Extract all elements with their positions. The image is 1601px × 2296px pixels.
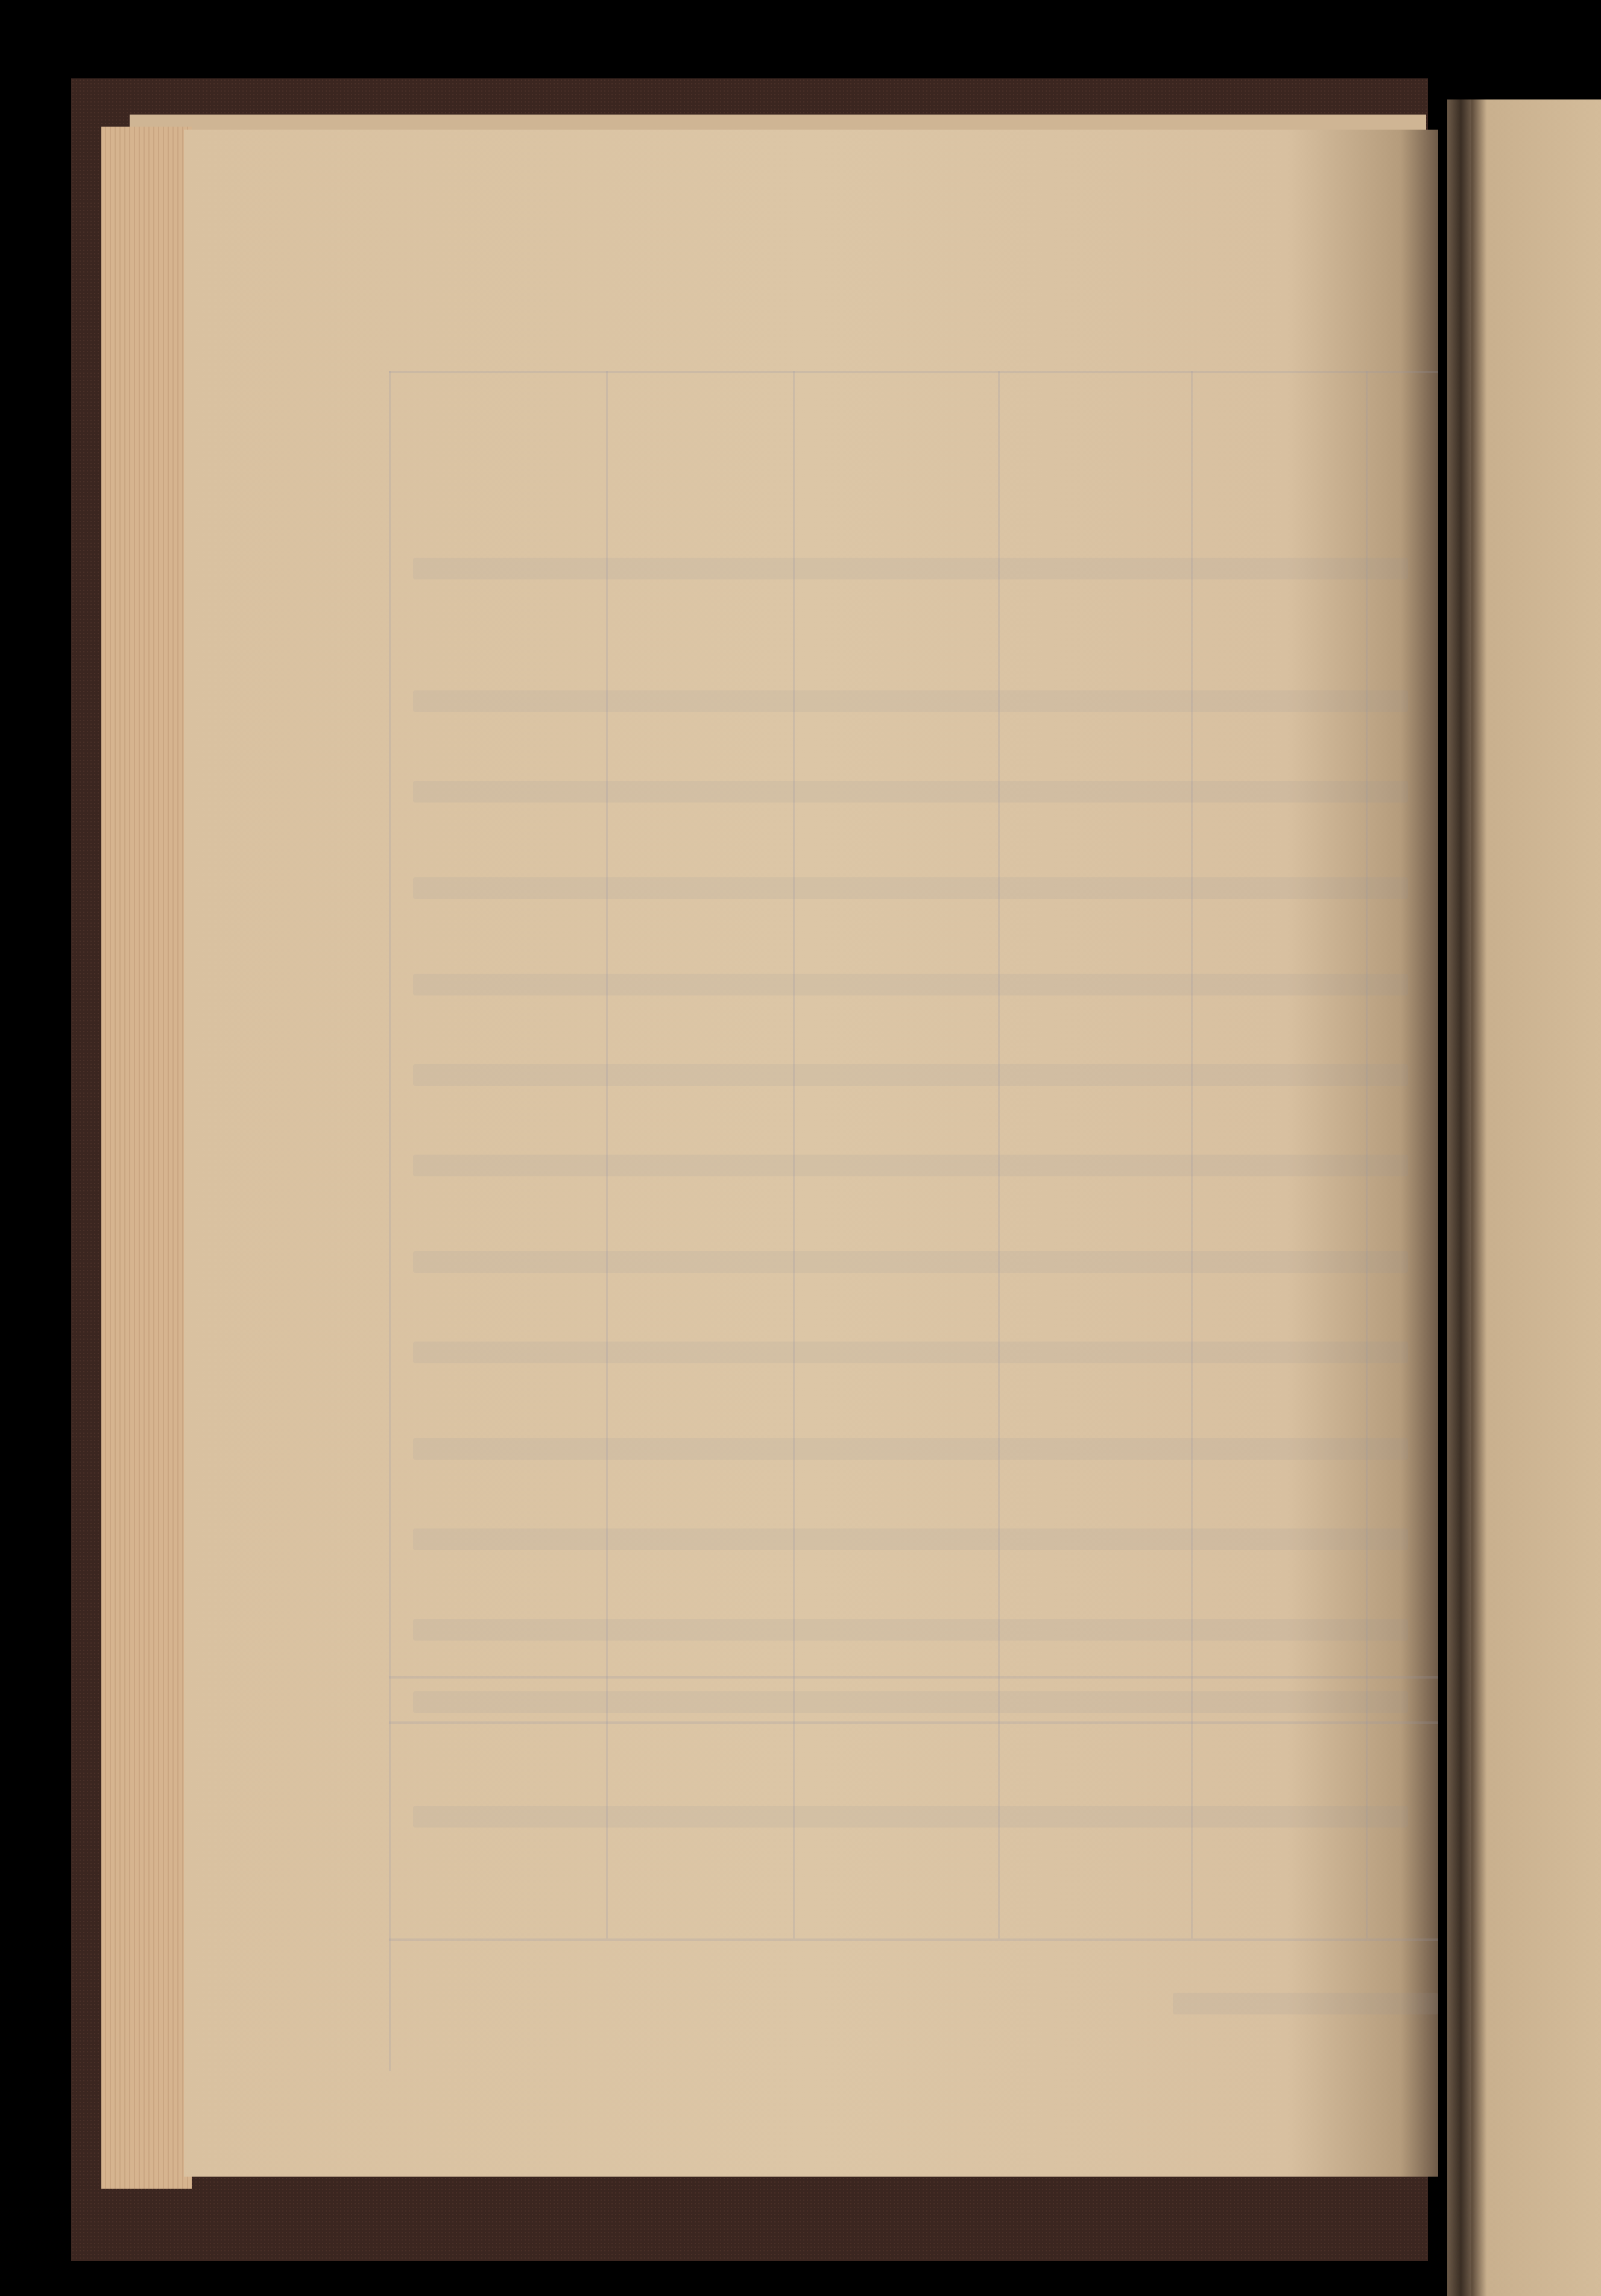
book-gutter [1447,99,1474,2296]
show-through-smudge [413,1342,1408,1363]
page-edges-left [101,127,192,2189]
show-through-smudge [413,1691,1408,1713]
book-page [184,130,1438,2177]
show-through-smudge [413,1155,1408,1176]
show-through-smudge [413,877,1408,899]
show-through-smudge [413,558,1408,579]
show-through-smudge [413,1064,1408,1086]
show-through-smudge [413,781,1408,803]
show-through-rule [389,371,391,2071]
show-through-smudge [413,690,1408,712]
show-through-smudge [413,1251,1408,1273]
show-through-smudge [413,1438,1408,1460]
show-through-smudge [413,1806,1408,1828]
facing-page-edge [1471,99,1601,2296]
show-through-smudge [413,1619,1408,1641]
show-through-smudge [1173,1993,1438,2014]
show-through-smudge [413,974,1408,995]
show-through-rule [389,1721,1438,1724]
show-through-rule [389,1676,1438,1679]
show-through-smudge [413,1528,1408,1550]
show-through-rule [389,1938,1438,1941]
show-through-rule [389,371,1438,373]
